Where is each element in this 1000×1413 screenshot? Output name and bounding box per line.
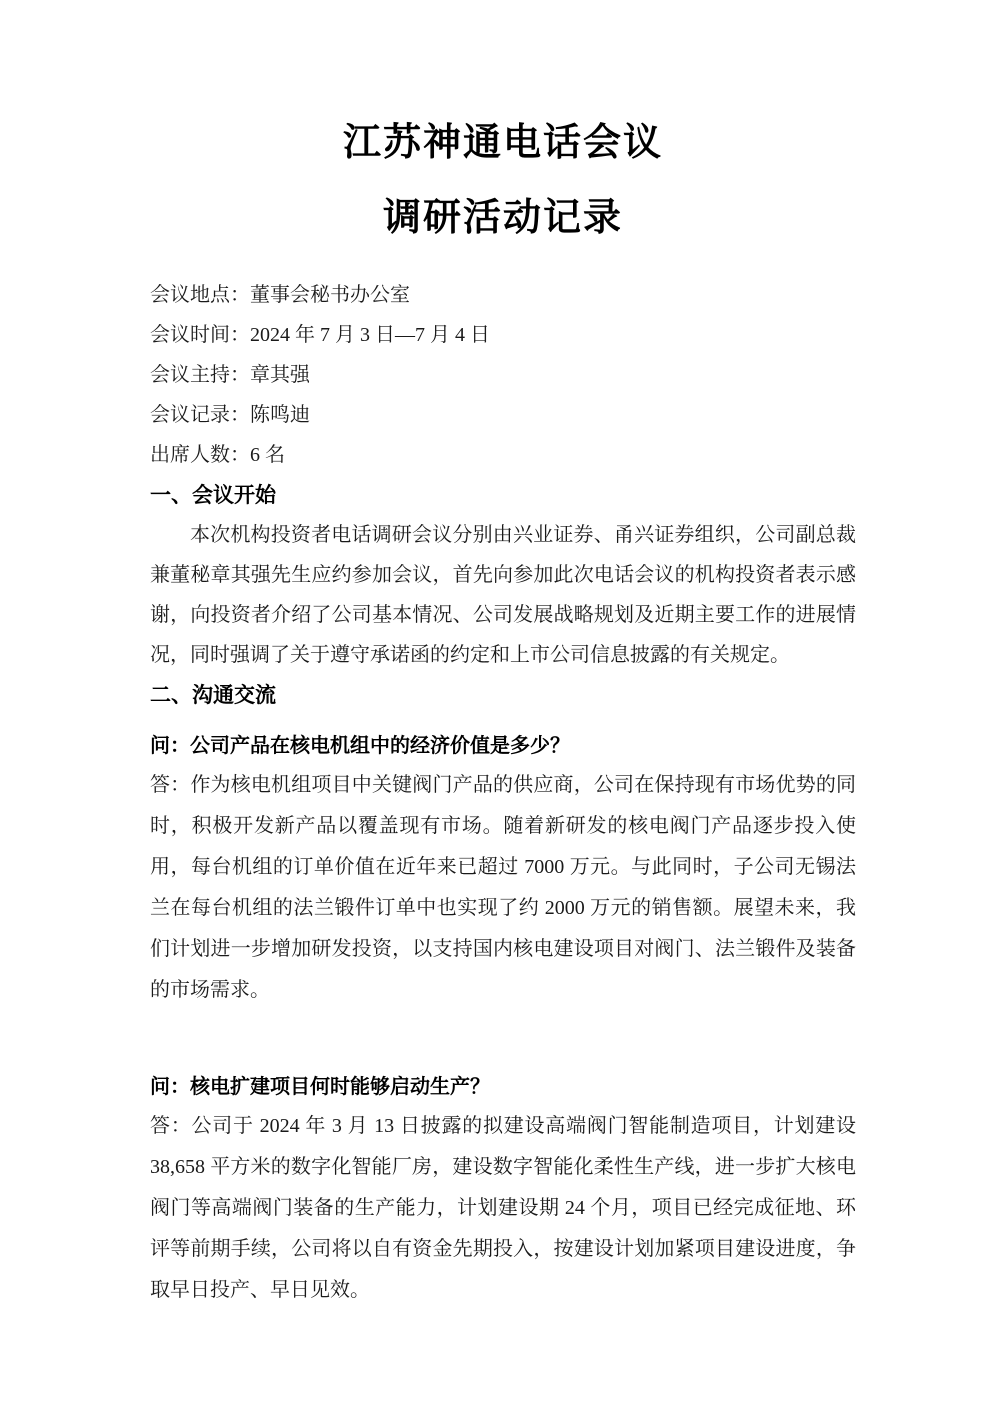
- question-1: 问：公司产品在核电机组中的经济价值是多少？: [150, 725, 856, 765]
- meeting-location: 会议地点：董事会秘书办公室: [150, 275, 856, 315]
- answer-2: 答：公司于 2024 年 3 月 13 日披露的拟建设高端阀门智能制造项目，计划…: [150, 1106, 856, 1311]
- meeting-start-paragraph: 本次机构投资者电话调研会议分别由兴业证券、甬兴证券组织，公司副总裁兼董秘章其强先…: [150, 515, 856, 675]
- meeting-meta-block: 会议地点：董事会秘书办公室 会议时间：2024 年 7 月 3 日—7 月 4 …: [150, 275, 856, 475]
- meeting-host: 会议主持：章其强: [150, 355, 856, 395]
- document-title-line2: 调研活动记录: [150, 193, 856, 241]
- answer-1: 答：作为核电机组项目中关键阀门产品的供应商，公司在保持现有市场优势的同时，积极开…: [150, 765, 856, 1011]
- document-content: 江苏神通电话会议 调研活动记录 会议地点：董事会秘书办公室 会议时间：2024 …: [150, 0, 856, 1311]
- section-heading-communication: 二、沟通交流: [150, 675, 856, 715]
- meeting-recorder: 会议记录：陈鸣迪: [150, 395, 856, 435]
- qa-block-2: 问：核电扩建项目何时能够启动生产？ 答：公司于 2024 年 3 月 13 日披…: [150, 1066, 856, 1311]
- qa-block-1: 问：公司产品在核电机组中的经济价值是多少？ 答：作为核电机组项目中关键阀门产品的…: [150, 725, 856, 1011]
- section-heading-meeting-start: 一、会议开始: [150, 475, 856, 515]
- question-2: 问：核电扩建项目何时能够启动生产？: [150, 1066, 856, 1106]
- document-title-line1: 江苏神通电话会议: [150, 118, 856, 166]
- meeting-time: 会议时间：2024 年 7 月 3 日—7 月 4 日: [150, 315, 856, 355]
- meeting-attendance: 出席人数：6 名: [150, 435, 856, 475]
- document-page: 江苏神通电话会议 调研活动记录 会议地点：董事会秘书办公室 会议时间：2024 …: [0, 0, 1000, 1413]
